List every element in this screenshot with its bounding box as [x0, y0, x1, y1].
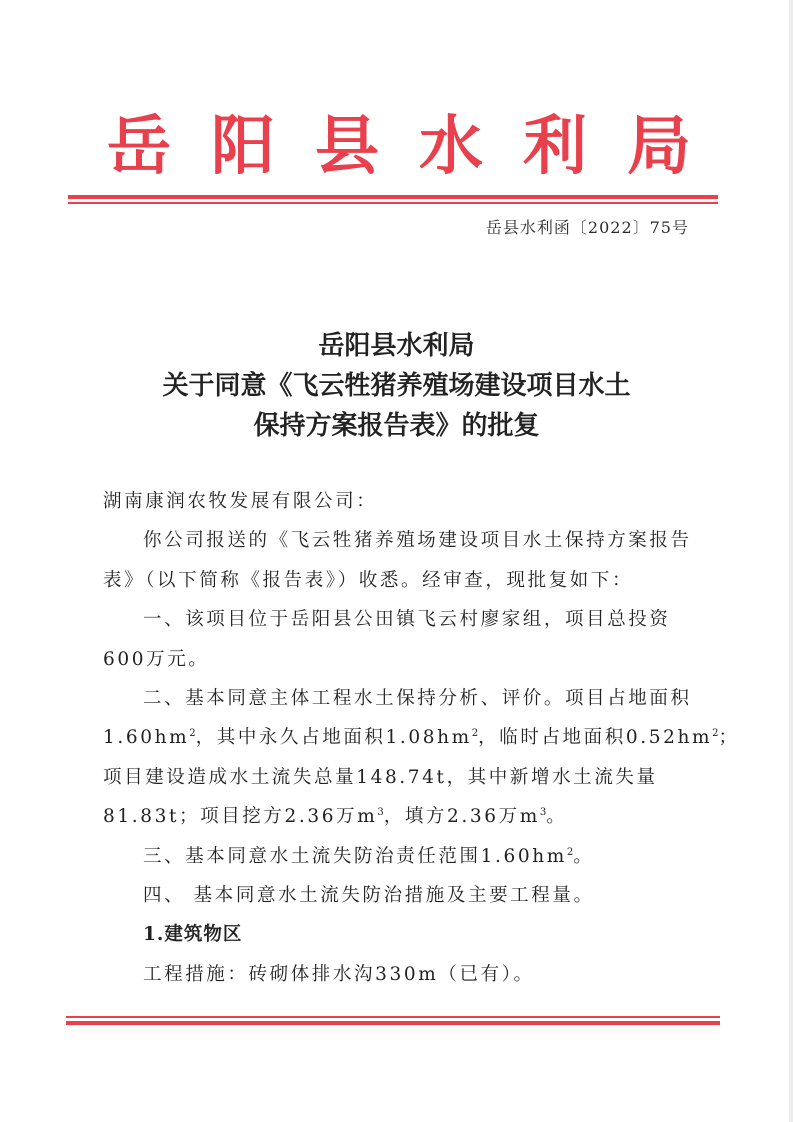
text-run: 三、基本同意水土流失防治责任范围1.60hm — [143, 846, 567, 867]
text-run: ，填方2.36万m — [384, 806, 540, 827]
text-run: ，其中永久占地面积1.08hm — [196, 727, 472, 748]
document-title: 岳阳县水利局 关于同意《飞云牲猪养殖场建设项目水土 保持方案报告表》的批复 — [0, 326, 793, 446]
header-rule-thick — [68, 195, 718, 199]
item-2-line: 81.83t；项目挖方2.36万m3，填方2.36万m3。 — [103, 797, 693, 836]
text-run: 。 — [546, 806, 567, 827]
item-1-line: 一、该项目位于岳阳县公田镇飞云村廖家组，项目总投资 — [103, 600, 693, 639]
item-1-line: 600万元。 — [103, 640, 693, 679]
section-measures: 工程措施：砖砌体排水沟330m（已有）。 — [103, 955, 693, 994]
title-subject-line2: 保持方案报告表》的批复 — [0, 406, 793, 446]
masthead-title: 岳 阳 县 水 利 局 — [104, 112, 694, 182]
item-2-line: 项目建设造成水土流失总量148.74t，其中新增水土流失量 — [103, 758, 693, 797]
page-edge-shadow — [789, 0, 793, 1122]
header-rule-thin — [68, 202, 718, 204]
document-number: 岳县水利函〔2022〕75号 — [486, 216, 689, 240]
masthead-char: 阳 — [208, 112, 278, 182]
intro-paragraph-line: 表》（以下简称《报告表》）收悉。经审查，现批复如下： — [103, 561, 693, 600]
intro-paragraph-line: 你公司报送的《飞云牲猪养殖场建设项目水土保持方案报告 — [103, 521, 693, 560]
title-subject-line1: 关于同意《飞云牲猪养殖场建设项目水土 — [0, 366, 793, 406]
footer-rule-thick — [66, 1021, 720, 1025]
text-run: ； — [718, 727, 739, 748]
section-heading-buildings: 1.建筑物区 — [103, 915, 693, 954]
masthead-char: 县 — [312, 112, 382, 182]
item-2-line: 二、基本同意主体工程水土保持分析、评价。项目占地面积 — [103, 679, 693, 718]
title-issuer: 岳阳县水利局 — [0, 326, 793, 366]
text-run: 1.60hm — [103, 727, 189, 748]
masthead-char: 水 — [416, 112, 486, 182]
item-2-line: 1.60hm2，其中永久占地面积1.08hm2，临时占地面积0.52hm2； — [103, 718, 693, 757]
text-run: ，临时占地面积0.52hm — [478, 727, 712, 748]
document-body: 湖南康润农牧发展有限公司： 你公司报送的《飞云牲猪养殖场建设项目水土保持方案报告… — [103, 482, 693, 994]
footer-rule-thin — [66, 1016, 720, 1018]
item-3-line: 三、基本同意水土流失防治责任范围1.60hm2。 — [103, 837, 693, 876]
text-run: 81.83t；项目挖方2.36万m — [103, 806, 377, 827]
masthead-char: 利 — [520, 112, 590, 182]
masthead-char: 局 — [624, 112, 694, 182]
salutation: 湖南康润农牧发展有限公司： — [103, 482, 693, 521]
text-run: 。 — [573, 846, 594, 867]
item-4-line: 四、 基本同意水土流失防治措施及主要工程量。 — [103, 876, 693, 915]
masthead-char: 岳 — [104, 112, 174, 182]
